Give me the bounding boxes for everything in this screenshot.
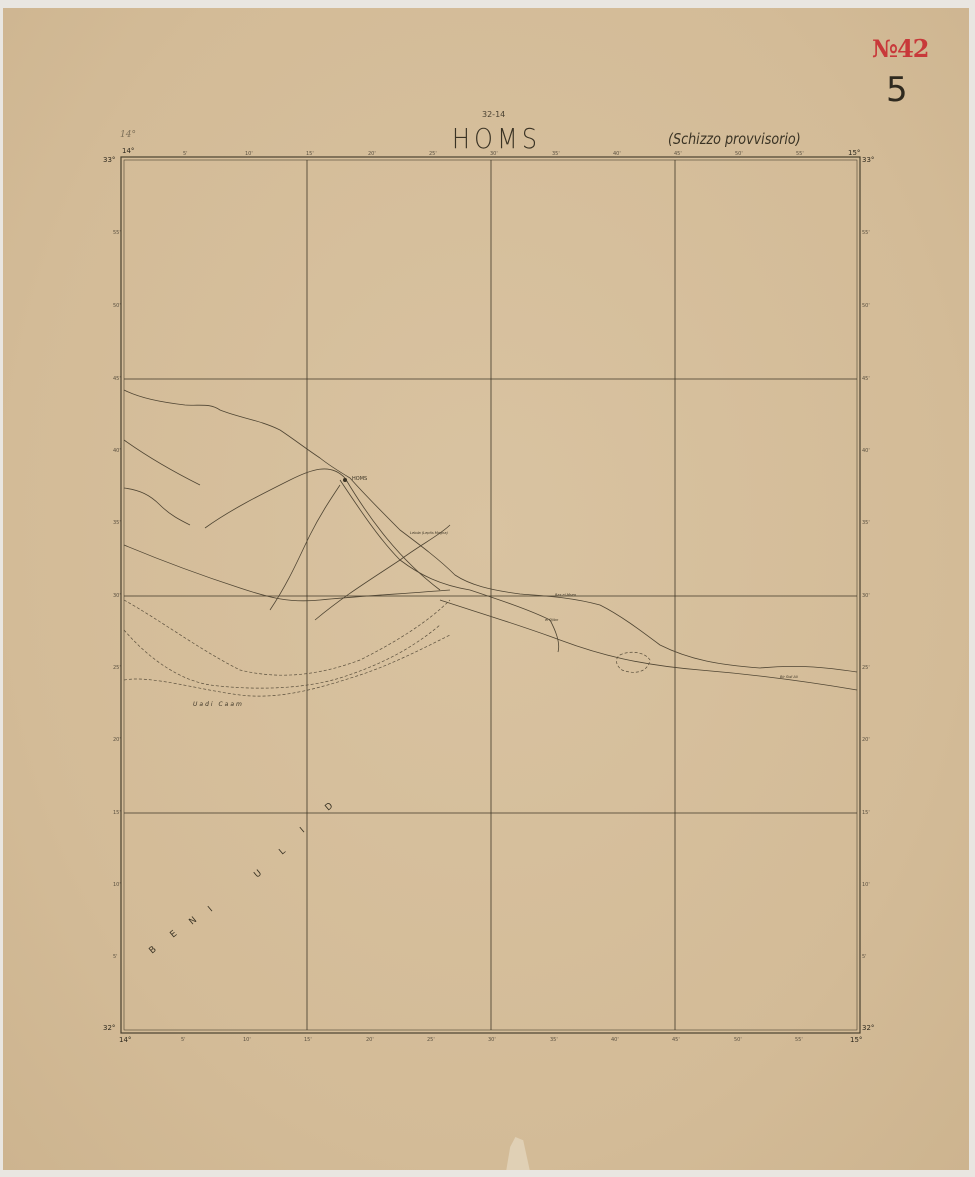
svg-text:5': 5' bbox=[183, 151, 188, 157]
svg-text:B: B bbox=[148, 945, 159, 957]
svg-text:30': 30' bbox=[113, 593, 121, 599]
svg-text:32°: 32° bbox=[103, 1024, 115, 1032]
svg-text:45': 45' bbox=[113, 376, 121, 382]
svg-text:10': 10' bbox=[862, 882, 870, 888]
lon-ticks-bottom: 5' 10' 15' 20' 25' 30' 35' 40' 45' 50' 5… bbox=[181, 1037, 803, 1043]
svg-text:E: E bbox=[169, 929, 180, 941]
svg-text:40': 40' bbox=[113, 448, 121, 454]
label-homs: HOMS bbox=[352, 476, 367, 482]
label-inland-point: el Djibn bbox=[545, 618, 558, 622]
svg-text:50': 50' bbox=[113, 303, 121, 309]
label-lebda: Lebda (Leptis Magna) bbox=[410, 531, 449, 535]
svg-text:30': 30' bbox=[488, 1037, 496, 1043]
label-coast-point: Ras el-Msen bbox=[555, 593, 576, 597]
label-east-point: Bir Sidi Ali bbox=[780, 675, 798, 679]
wadi-contours bbox=[124, 600, 650, 696]
label-wadi: Uadi Caam bbox=[193, 701, 244, 708]
svg-text:14°: 14° bbox=[122, 147, 134, 155]
svg-text:50': 50' bbox=[735, 151, 743, 157]
svg-text:50': 50' bbox=[862, 303, 870, 309]
svg-text:20': 20' bbox=[368, 151, 376, 157]
svg-text:15': 15' bbox=[113, 810, 121, 816]
svg-text:35': 35' bbox=[862, 520, 870, 526]
svg-text:15': 15' bbox=[862, 810, 870, 816]
svg-text:14°: 14° bbox=[119, 1036, 131, 1044]
svg-text:30': 30' bbox=[490, 151, 498, 157]
svg-text:50': 50' bbox=[734, 1037, 742, 1043]
svg-text:40': 40' bbox=[611, 1037, 619, 1043]
svg-text:5': 5' bbox=[862, 954, 867, 960]
svg-text:30': 30' bbox=[862, 593, 870, 599]
svg-text:15°: 15° bbox=[850, 1036, 862, 1044]
svg-text:N: N bbox=[188, 915, 200, 927]
svg-text:25': 25' bbox=[427, 1037, 435, 1043]
svg-text:55': 55' bbox=[795, 1037, 803, 1043]
svg-text:35': 35' bbox=[552, 151, 560, 157]
svg-text:U: U bbox=[253, 868, 264, 880]
svg-text:5': 5' bbox=[181, 1037, 186, 1043]
svg-text:20': 20' bbox=[366, 1037, 374, 1043]
svg-text:5': 5' bbox=[113, 954, 118, 960]
svg-text:15': 15' bbox=[306, 151, 314, 157]
corner-labels: 14° 33° 15° 33° 32° 14° 32° 15° bbox=[103, 147, 874, 1044]
svg-text:35': 35' bbox=[113, 520, 121, 526]
svg-text:40': 40' bbox=[613, 151, 621, 157]
lat-ticks-right: 55' 50' 45' 40' 35' 30' 25' 20' 15' 10' … bbox=[862, 230, 870, 960]
svg-text:25': 25' bbox=[862, 665, 870, 671]
svg-text:32°: 32° bbox=[862, 1024, 874, 1032]
svg-text:33°: 33° bbox=[103, 156, 115, 164]
svg-text:10': 10' bbox=[243, 1037, 251, 1043]
map-canvas: 14° 33° 15° 33° 32° 14° 32° 15° 5' 10' 1… bbox=[0, 0, 975, 1177]
svg-text:55': 55' bbox=[796, 151, 804, 157]
svg-text:35': 35' bbox=[550, 1037, 558, 1043]
svg-text:15': 15' bbox=[304, 1037, 312, 1043]
svg-text:15°: 15° bbox=[848, 149, 860, 157]
lon-ticks-top: 5' 10' 15' 20' 25' 30' 35' 40' 45' 50' 5… bbox=[183, 151, 804, 157]
svg-text:D: D bbox=[324, 801, 336, 813]
svg-text:45': 45' bbox=[672, 1037, 680, 1043]
svg-text:I: I bbox=[299, 826, 307, 835]
svg-text:55': 55' bbox=[862, 230, 870, 236]
svg-text:25': 25' bbox=[113, 665, 121, 671]
map-frame bbox=[121, 157, 860, 1033]
svg-text:45': 45' bbox=[674, 151, 682, 157]
town-marker-icon bbox=[343, 478, 347, 482]
svg-text:25': 25' bbox=[429, 151, 437, 157]
svg-text:20': 20' bbox=[113, 737, 121, 743]
svg-text:10': 10' bbox=[245, 151, 253, 157]
place-labels: HOMS Lebda (Leptis Magna) Ras el-Msen el… bbox=[193, 476, 798, 708]
svg-text:55': 55' bbox=[113, 230, 121, 236]
svg-text:33°: 33° bbox=[862, 156, 874, 164]
svg-text:I: I bbox=[207, 905, 215, 914]
svg-text:10': 10' bbox=[113, 882, 121, 888]
svg-text:20': 20' bbox=[862, 737, 870, 743]
svg-text:40': 40' bbox=[862, 448, 870, 454]
coastline bbox=[124, 390, 857, 690]
graticule bbox=[124, 160, 857, 1030]
svg-text:45': 45' bbox=[862, 376, 870, 382]
svg-text:L: L bbox=[278, 846, 288, 857]
lat-ticks-left: 55' 50' 45' 40' 35' 30' 25' 20' 15' 10' … bbox=[113, 230, 121, 960]
